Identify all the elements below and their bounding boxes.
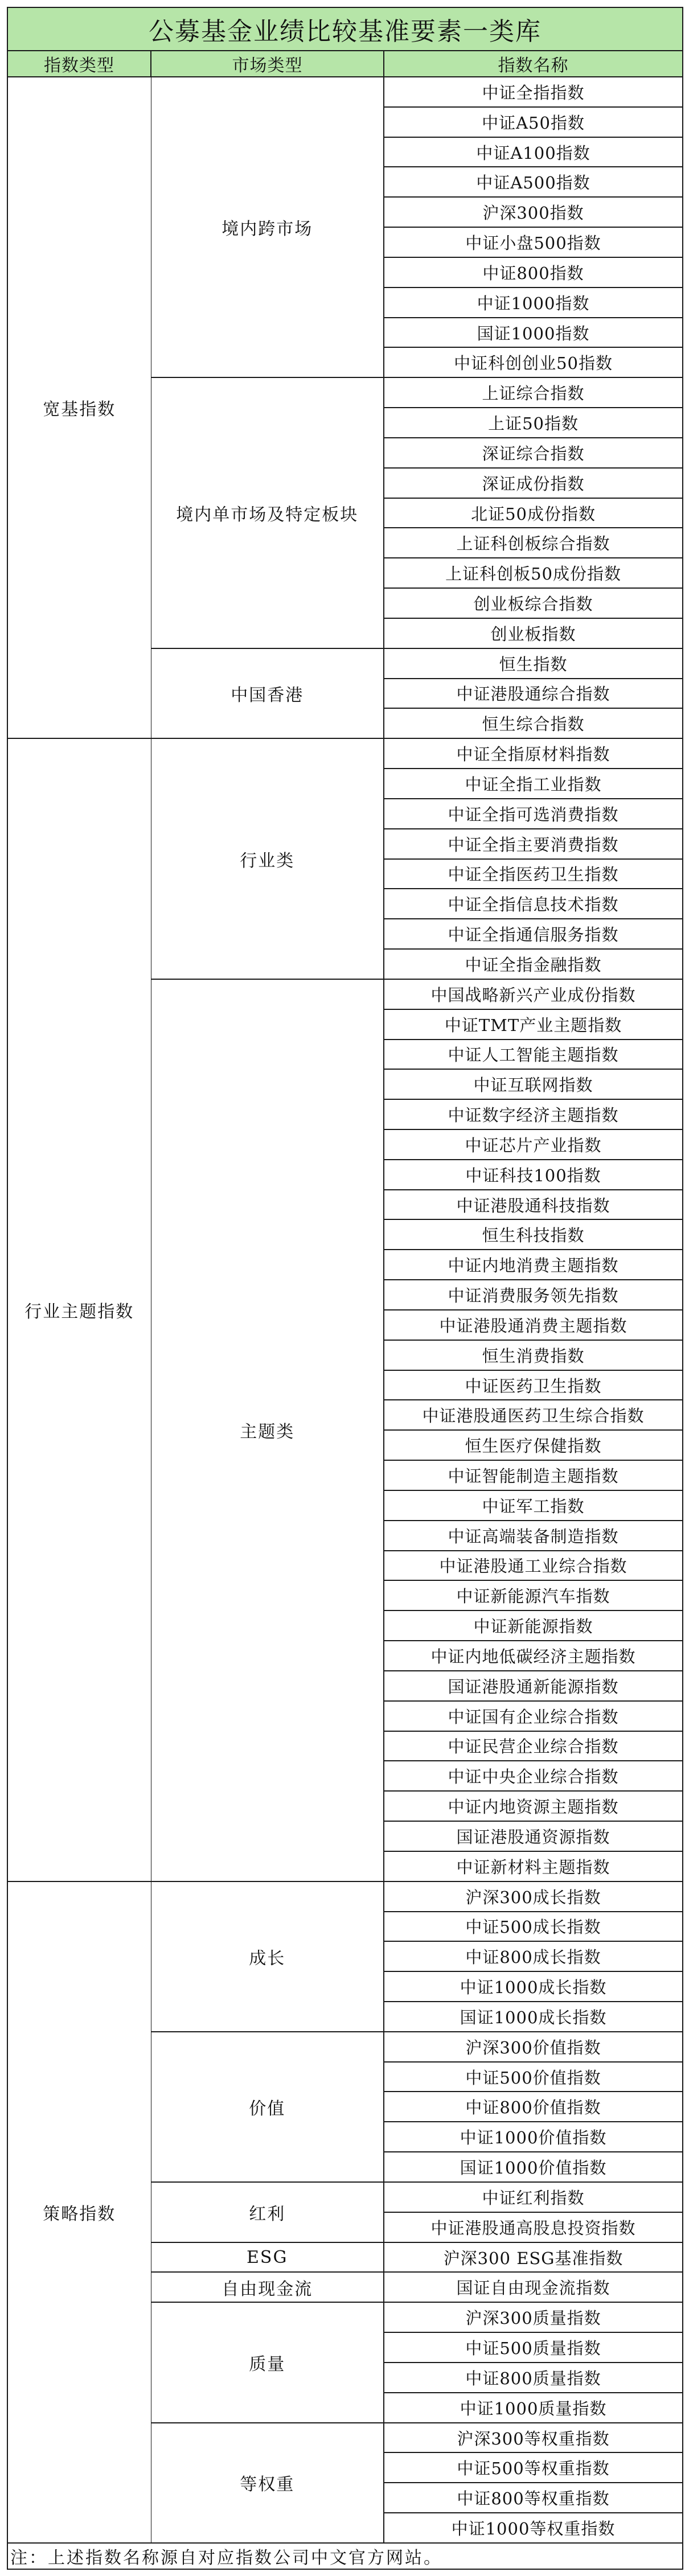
- market-type-cell: 境内单市场及特定板块: [151, 377, 384, 648]
- index-name-cell: 中证港股通工业综合指数: [384, 1551, 683, 1581]
- index-name-cell: 恒生综合指数: [384, 708, 683, 738]
- market-type-cell: 主题类: [151, 979, 384, 1881]
- index-name-cell: 深证成份指数: [384, 468, 683, 498]
- index-name-cell: 中证全指原材料指数: [384, 738, 683, 769]
- index-name-cell: 中证全指通信服务指数: [384, 919, 683, 949]
- index-name-cell: 中证数字经济主题指数: [384, 1099, 683, 1129]
- index-name-cell: 上证科创板综合指数: [384, 528, 683, 558]
- market-type-cell: 自由现金流: [151, 2272, 384, 2302]
- index-name-cell: 中证新能源指数: [384, 1610, 683, 1641]
- index-name-cell: 中证800等权重指数: [384, 2483, 683, 2513]
- index-name-cell: 中证互联网指数: [384, 1069, 683, 1099]
- index-name-cell: 中证高端装备制造指数: [384, 1521, 683, 1551]
- market-type-cell: 等权重: [151, 2423, 384, 2543]
- index-name-cell: 中证全指主要消费指数: [384, 829, 683, 859]
- index-name-cell: 中证医药卫生指数: [384, 1370, 683, 1400]
- index-name-cell: 恒生指数: [384, 648, 683, 679]
- index-name-cell: 中证国有企业综合指数: [384, 1701, 683, 1731]
- benchmark-library-table: 公募基金业绩比较基准要素一类库 指数类型 市场类型 指数名称 宽基指数境内跨市场…: [7, 7, 683, 2570]
- index-name-cell: 中证TMT产业主题指数: [384, 1009, 683, 1040]
- index-name-cell: 中证500质量指数: [384, 2332, 683, 2363]
- index-name-cell: 中证中央企业综合指数: [384, 1761, 683, 1791]
- index-name-cell: 中证智能制造主题指数: [384, 1460, 683, 1490]
- market-type-cell: 行业类: [151, 738, 384, 979]
- table-title: 公募基金业绩比较基准要素一类库: [7, 7, 683, 51]
- index-name-cell: 中证500成长指数: [384, 1912, 683, 1942]
- index-name-cell: 中证红利指数: [384, 2182, 683, 2212]
- index-name-cell: 中证800指数: [384, 257, 683, 287]
- index-name-cell: 中证1000价值指数: [384, 2122, 683, 2152]
- index-name-cell: 中证科技100指数: [384, 1160, 683, 1190]
- header-index-type: 指数类型: [7, 51, 151, 77]
- index-name-cell: 深证综合指数: [384, 438, 683, 468]
- title-row: 公募基金业绩比较基准要素一类库: [7, 7, 683, 51]
- index-name-cell: 国证1000成长指数: [384, 2002, 683, 2032]
- market-type-cell: 价值: [151, 2032, 384, 2182]
- index-type-cell: 策略指数: [7, 1881, 151, 2543]
- market-type-cell: ESG: [151, 2242, 384, 2273]
- index-name-cell: 中证内地低碳经济主题指数: [384, 1641, 683, 1671]
- market-type-cell: 境内跨市场: [151, 77, 384, 377]
- index-name-cell: 中证芯片产业指数: [384, 1129, 683, 1160]
- index-name-cell: 中证A100指数: [384, 137, 683, 167]
- table-row: 宽基指数境内跨市场中证全指指数: [7, 77, 683, 107]
- table-row: 策略指数成长沪深300成长指数: [7, 1881, 683, 1912]
- index-name-cell: 中证港股通综合指数: [384, 679, 683, 709]
- index-name-cell: 恒生医疗保健指数: [384, 1430, 683, 1460]
- index-name-cell: 沪深300成长指数: [384, 1881, 683, 1912]
- index-name-cell: 沪深300价值指数: [384, 2032, 683, 2062]
- table-row: 行业主题指数行业类中证全指原材料指数: [7, 738, 683, 769]
- index-name-cell: 恒生消费指数: [384, 1340, 683, 1370]
- index-name-cell: 中证人工智能主题指数: [384, 1040, 683, 1070]
- index-name-cell: 沪深300质量指数: [384, 2302, 683, 2332]
- footnote: 注：上述指数名称源自对应指数公司中文官方网站。: [7, 2543, 683, 2569]
- index-name-cell: 中证A500指数: [384, 167, 683, 197]
- index-name-cell: 中证1000指数: [384, 287, 683, 318]
- index-type-cell: 宽基指数: [7, 77, 151, 738]
- index-name-cell: 中证科创创业50指数: [384, 347, 683, 377]
- index-name-cell: 国证港股通新能源指数: [384, 1671, 683, 1701]
- index-name-cell: 中证消费服务领先指数: [384, 1280, 683, 1310]
- index-name-cell: 中证全指信息技术指数: [384, 889, 683, 919]
- index-name-cell: 中证全指医药卫生指数: [384, 859, 683, 889]
- market-type-cell: 中国香港: [151, 648, 384, 738]
- index-name-cell: 创业板综合指数: [384, 588, 683, 618]
- index-name-cell: 上证科创板50成份指数: [384, 558, 683, 588]
- index-name-cell: 上证50指数: [384, 408, 683, 438]
- index-name-cell: 国证1000价值指数: [384, 2152, 683, 2182]
- index-name-cell: 上证综合指数: [384, 377, 683, 408]
- index-name-cell: 创业板指数: [384, 618, 683, 648]
- header-market-type: 市场类型: [151, 51, 384, 77]
- index-name-cell: 中证军工指数: [384, 1490, 683, 1521]
- index-name-cell: 国证港股通资源指数: [384, 1821, 683, 1851]
- index-name-cell: 中证A50指数: [384, 107, 683, 137]
- index-name-cell: 中证全指工业指数: [384, 769, 683, 799]
- index-name-cell: 中证小盘500指数: [384, 227, 683, 257]
- index-name-cell: 国证1000指数: [384, 318, 683, 348]
- index-name-cell: 中证港股通消费主题指数: [384, 1310, 683, 1340]
- header-row: 指数类型 市场类型 指数名称: [7, 51, 683, 77]
- index-name-cell: 北证50成份指数: [384, 498, 683, 528]
- index-name-cell: 中证1000等权重指数: [384, 2513, 683, 2543]
- index-name-cell: 中证内地资源主题指数: [384, 1791, 683, 1821]
- index-name-cell: 中证800价值指数: [384, 2092, 683, 2122]
- index-name-cell: 中证新材料主题指数: [384, 1851, 683, 1881]
- index-name-cell: 中证内地消费主题指数: [384, 1250, 683, 1280]
- index-name-cell: 中证全指可选消费指数: [384, 799, 683, 829]
- index-type-cell: 行业主题指数: [7, 738, 151, 1881]
- index-name-cell: 沪深300 ESG基准指数: [384, 2242, 683, 2273]
- index-name-cell: 中国战略新兴产业成份指数: [384, 979, 683, 1009]
- footnote-row: 注：上述指数名称源自对应指数公司中文官方网站。: [7, 2543, 683, 2569]
- index-name-cell: 中证1000质量指数: [384, 2393, 683, 2423]
- index-name-cell: 中证500等权重指数: [384, 2452, 683, 2483]
- market-type-cell: 成长: [151, 1881, 384, 2032]
- index-name-cell: 沪深300指数: [384, 197, 683, 227]
- index-name-cell: 中证港股通科技指数: [384, 1190, 683, 1220]
- index-name-cell: 中证500价值指数: [384, 2062, 683, 2092]
- index-name-cell: 中证民营企业综合指数: [384, 1731, 683, 1761]
- index-name-cell: 国证自由现金流指数: [384, 2272, 683, 2302]
- index-name-cell: 中证800质量指数: [384, 2363, 683, 2393]
- index-name-cell: 中证800成长指数: [384, 1941, 683, 1971]
- index-name-cell: 中证新能源汽车指数: [384, 1580, 683, 1610]
- index-name-cell: 中证港股通医药卫生综合指数: [384, 1400, 683, 1430]
- index-name-cell: 中证全指金融指数: [384, 949, 683, 979]
- market-type-cell: 质量: [151, 2302, 384, 2422]
- header-index-name: 指数名称: [384, 51, 683, 77]
- index-name-cell: 中证1000成长指数: [384, 1971, 683, 2002]
- index-name-cell: 中证全指指数: [384, 77, 683, 107]
- market-type-cell: 红利: [151, 2182, 384, 2242]
- index-name-cell: 沪深300等权重指数: [384, 2423, 683, 2453]
- index-name-cell: 中证港股通高股息投资指数: [384, 2212, 683, 2242]
- index-name-cell: 恒生科技指数: [384, 1219, 683, 1250]
